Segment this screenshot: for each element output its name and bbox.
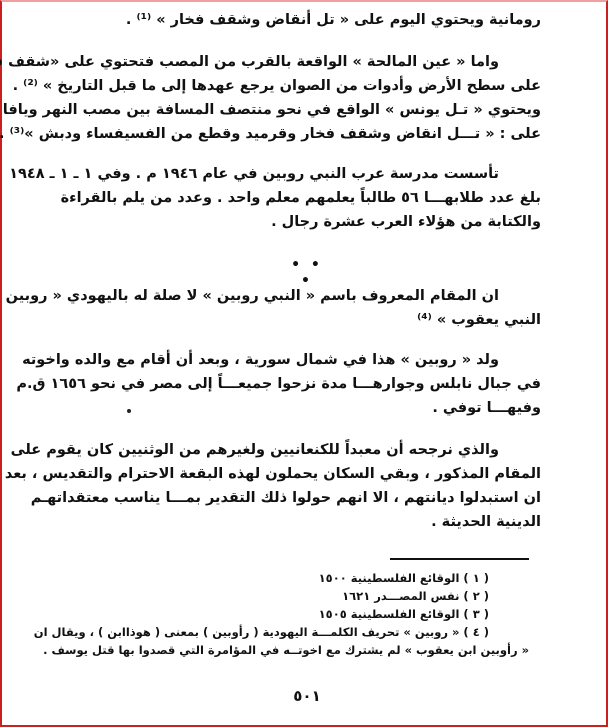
text-line: على : « تـــل انقاض وشقف فخار وقرميد وقط… — [101, 122, 541, 146]
paragraph-5: والذي نرجحه أن معبداً للكنعانيين ولغيرهم… — [101, 438, 541, 534]
paragraph-0: رومانية ويحتوي اليوم على « تل أنقاض وشقف… — [101, 8, 541, 32]
text-line: رومانية ويحتوي اليوم على « تل أنقاض وشقف… — [101, 8, 541, 32]
text-line: والكتابة من هؤلاء العرب عشرة رجال . — [101, 210, 541, 234]
document-page: رومانية ويحتوي اليوم على « تل أنقاض وشقف… — [0, 0, 608, 727]
footnote-1: ( ١ ) الوقائع الفلسطينية ١٥٠٠ — [109, 569, 529, 587]
text-line: المقام المذكور ، وبقي السكان يحملون لهذه… — [101, 462, 541, 486]
paragraph-4: ولد « روبين » هذا في شمال سورية ، وبعد أ… — [101, 348, 541, 420]
text-line: والذي نرجحه أن معبداً للكنعانيين ولغيرهم… — [101, 438, 541, 462]
text-line: بلغ عدد طلابهـــا ٥٦ طالباً يعلمهم معلم … — [101, 186, 541, 210]
page-number: ٥٠١ — [282, 687, 332, 705]
footnote-4-continued: « رأوبين ابن يعقوب » لم يشترك مع اخوتــه… — [109, 641, 529, 659]
footnote-2: ( ٢ ) نفس المصـــدر ١٦٢١ — [109, 587, 529, 605]
text-line: واما « عين المالحة » الواقعة بالقرب من ا… — [101, 50, 541, 74]
footnote-4: ( ٤ ) « روبين » تحريف الكلمـــة اليهودية… — [109, 623, 529, 641]
paragraph-2: تأسست مدرسة عرب النبي روبين في عام ١٩٤٦ … — [101, 162, 541, 234]
footnotes: ( ١ ) الوقائع الفلسطينية ١٥٠٠ ( ٢ ) نفس … — [109, 569, 529, 659]
text-line: ويحتوي « تـل يونس » الواقع في نحو منتصف … — [101, 98, 541, 122]
scan-artifact-dot — [127, 409, 131, 413]
footnote-separator — [390, 558, 529, 560]
text-line: ولد « روبين » هذا في شمال سورية ، وبعد أ… — [101, 348, 541, 372]
text-line: ان استبدلوا ديانتهم ، الا انهم حولوا ذلك… — [101, 486, 541, 510]
text-line: ان المقام المعروف باسم « النبي روبين » ل… — [101, 284, 541, 308]
footnote-3: ( ٣ ) الوقائع الفلسطينية ١٥٠٥ — [109, 605, 529, 623]
text-line: النبي يعقوب » ⁽⁴⁾ — [101, 308, 541, 332]
paragraph-1: واما « عين المالحة » الواقعة بالقرب من ا… — [101, 50, 541, 146]
text-line: في جبال نابلس وجوارهـــا مدة نزحوا جميعـ… — [101, 372, 541, 396]
text-line: الدينية الحديثة . — [101, 510, 541, 534]
text-line: على سطح الأرض وأدوات من الصوان يرجع عهده… — [101, 74, 541, 98]
text-line: تأسست مدرسة عرب النبي روبين في عام ١٩٤٦ … — [101, 162, 541, 186]
paragraph-3: ان المقام المعروف باسم « النبي روبين » ل… — [101, 284, 541, 332]
text-line: وفيهـــا توفي . — [101, 396, 541, 420]
